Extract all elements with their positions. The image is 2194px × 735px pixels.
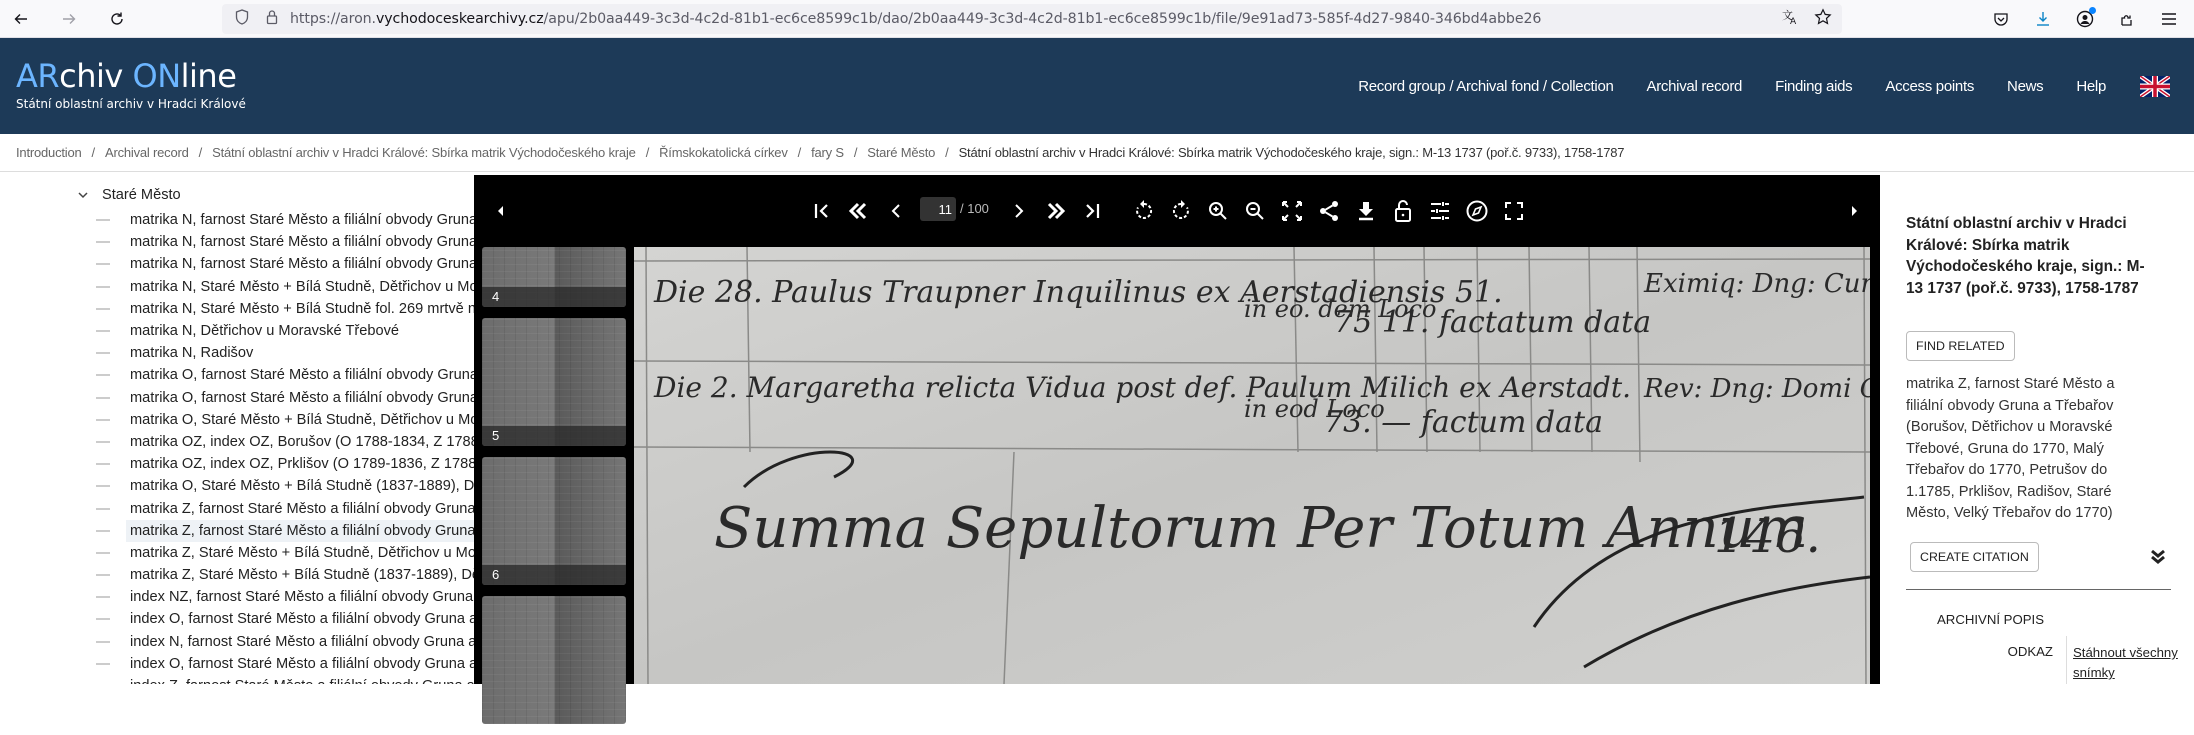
adjust-image-button[interactable] [1426, 197, 1454, 225]
svg-text:146.: 146. [1714, 508, 1821, 564]
find-related-button[interactable]: FIND RELATED [1906, 331, 2015, 361]
forward-button[interactable] [54, 4, 84, 34]
zoom-in-icon [1206, 199, 1230, 223]
breadcrumb-separator: / [945, 145, 948, 160]
address-bar[interactable]: https://aron.vychodoceskearchivy.cz/apu/… [222, 4, 1842, 34]
tree-item[interactable]: matrika OZ, index OZ, Prklišov (O 1789-1… [96, 453, 474, 475]
tree-item[interactable]: matrika Z, Staré Město + Bílá Studně (18… [96, 564, 474, 586]
record-detail-panel: Státní oblastní archiv v Hradci Králové:… [1880, 175, 2194, 684]
breadcrumb-fary-s[interactable]: fary S [811, 145, 844, 160]
site-logo[interactable]: ARchiv ONline Státní oblastní archiv v H… [16, 58, 246, 111]
chevron-right-icon [1007, 199, 1031, 223]
menu-icon[interactable] [2158, 8, 2180, 30]
tree-item-label: matrika Z, Staré Město + Bílá Studně (18… [126, 564, 474, 586]
tree-connector [96, 286, 110, 288]
tree-connector [96, 530, 110, 532]
tree-item-label: matrika OZ, index OZ, Borušov (O 1788-18… [126, 431, 474, 453]
download-icon [1354, 199, 1378, 223]
tree-connector [96, 663, 110, 665]
nav-help[interactable]: Help [2076, 78, 2106, 95]
tree-connector [96, 308, 110, 310]
tree-connector [96, 618, 110, 620]
odkaz-label: ODKAZ [1995, 644, 2053, 659]
next-page-button[interactable] [1005, 197, 1033, 225]
thumbnail-number: 5 [482, 426, 626, 446]
nav-archival-record[interactable]: Archival record [1647, 78, 1743, 95]
tree-connector [96, 263, 110, 265]
arrow-right-icon [61, 11, 77, 27]
tree-item-label: index Z, farnost Staré Město a filiální … [126, 675, 474, 684]
breadcrumb-separator: / [92, 145, 95, 160]
divider [1906, 589, 2171, 590]
download-all-link[interactable]: Stáhnout všechny snímky [2073, 643, 2183, 683]
thumbnail-number: 4 [482, 287, 626, 307]
tree-item[interactable]: matrika N, farnost Staré Město a filiáln… [96, 253, 474, 275]
logo-title: ARchiv ONline [16, 58, 246, 94]
tree-item[interactable]: matrika Z, Staré Město + Bílá Studně, Dě… [96, 542, 474, 564]
record-title: Státní oblastní archiv v Hradci Králové:… [1906, 213, 2146, 299]
logo-subtitle: Státní oblastní archiv v Hradci Králové [16, 97, 246, 111]
tree-item[interactable]: matrika O, Staré Město + Bílá Studně, Dě… [96, 409, 474, 431]
previous-page-button[interactable] [882, 197, 910, 225]
breadcrumb: Introduction / Archival record / Státní … [0, 134, 2194, 172]
tree-connector [96, 241, 110, 243]
main-content: Staré Město matrika N, farnost Staré Měs… [0, 175, 2194, 684]
svg-text:in eo. dem Loco: in eo. dem Loco [1244, 295, 1436, 323]
lock-icon[interactable] [262, 9, 282, 29]
tree-item[interactable]: index NZ, farnost Staré Město a filiální… [96, 586, 474, 608]
tree-item[interactable]: index O, farnost Staré Město a filiální … [96, 608, 474, 630]
tree-item-label: matrika O, Staré Město + Bílá Studně (18… [126, 475, 474, 497]
document-page-image[interactable]: Die 28. Paulus Traupner Inquilinus ex Ae… [634, 247, 1870, 684]
thumbnail[interactable]: 4 [482, 247, 626, 307]
tree-item-label: matrika Z, farnost Staré Město a filiáln… [126, 520, 474, 542]
svg-text:Eximiq: Dng: Curatu, Loci: Eximiq: Dng: Curatu, Loci [1643, 269, 1870, 299]
page-number-input[interactable] [920, 197, 956, 221]
url-text: https://aron.vychodoceskearchivy.cz/apu/… [290, 11, 1541, 27]
breadcrumb-archival-record[interactable]: Archival record [105, 145, 189, 160]
double-chevron-down-icon[interactable] [2148, 547, 2168, 567]
tree-item-label: matrika N, farnost Staré Město a filiáln… [126, 209, 474, 231]
tree-item-label: index O, farnost Staré Město a filiální … [126, 608, 474, 630]
tree-item[interactable]: index N, farnost Staré Město a filiální … [96, 631, 474, 653]
back-button[interactable] [6, 4, 36, 34]
tree-item-label: matrika O, farnost Staré Město a filiáln… [126, 364, 474, 386]
jump-forward-button[interactable] [1042, 197, 1070, 225]
chevron-left-icon [884, 199, 908, 223]
tree-item-label: matrika OZ, index OZ, Prklišov (O 1789-1… [126, 453, 474, 475]
thumbnail-strip[interactable]: 4 5 6 [482, 247, 628, 684]
tree-item-label: matrika N, Staré Město + Bílá Studně, Dě… [126, 276, 474, 298]
tree-item[interactable]: matrika O, farnost Staré Město a filiáln… [96, 364, 474, 386]
tree-item[interactable]: matrika N, Dětřichov u Moravské Třebové [96, 320, 474, 342]
double-chevron-left-icon [846, 199, 870, 223]
tree-connector [96, 508, 110, 510]
rotate-right-button[interactable] [1167, 197, 1195, 225]
unlock-icon [1391, 199, 1415, 223]
zoom-out-icon [1243, 199, 1267, 223]
tree-item[interactable]: matrika N, Staré Město + Bílá Studně fol… [96, 298, 474, 320]
account-icon[interactable] [2074, 8, 2096, 30]
thumbnail[interactable]: 6 [482, 457, 626, 585]
bookmark-star-icon[interactable] [1814, 8, 1832, 30]
download-button[interactable] [1352, 197, 1380, 225]
tree-item[interactable]: matrika N, Radišov [96, 342, 474, 364]
jump-back-button[interactable] [844, 197, 872, 225]
tree-item[interactable]: matrika Z, farnost Staré Město a filiáln… [96, 497, 474, 519]
breadcrumb-fond[interactable]: Státní oblastní archiv v Hradci Králové:… [212, 145, 636, 160]
tree-item-label: matrika N, Dětřichov u Moravské Třebové [126, 320, 474, 342]
tree-item[interactable]: matrika N, Staré Město + Bílá Studně, Dě… [96, 276, 474, 298]
image-viewer: / 100 [474, 175, 1880, 684]
double-chevron-right-icon [1044, 199, 1068, 223]
thumbnail[interactable]: 5 [482, 318, 626, 446]
caret-left-icon [489, 199, 513, 223]
zoom-out-button[interactable] [1241, 197, 1269, 225]
tree-item-label: matrika N, farnost Staré Město a filiáln… [126, 231, 474, 253]
rotate-left-icon [1132, 199, 1156, 223]
create-citation-button[interactable]: CREATE CITATION [1910, 542, 2039, 572]
toggle-left-panel-button[interactable] [487, 197, 515, 225]
record-description: matrika Z, farnost Staré Město a filiáln… [1906, 374, 2146, 525]
tree-connector [96, 374, 110, 376]
tree-item-label: matrika O, Staré Město + Bílá Studně, Dě… [126, 409, 474, 431]
tree-root-label: Staré Město [102, 187, 181, 203]
rotate-left-button[interactable] [1130, 197, 1158, 225]
page-total: / 100 [960, 201, 989, 216]
tree-connector [96, 596, 110, 598]
tree-item[interactable]: index Z, farnost Staré Město a filiální … [96, 675, 474, 684]
tree-connector [96, 219, 110, 221]
toggle-right-panel-button[interactable] [1840, 197, 1868, 225]
nav-access-points[interactable]: Access points [1885, 78, 1974, 95]
tree-item[interactable]: matrika N, farnost Staré Město a filiáln… [96, 231, 474, 253]
svg-text:A: A [1790, 17, 1797, 26]
downloads-icon[interactable] [2032, 8, 2054, 30]
tree-connector [96, 441, 110, 443]
arrow-left-icon [13, 11, 29, 27]
rotate-right-icon [1169, 199, 1193, 223]
breadcrumb-separator: / [854, 145, 857, 160]
first-page-button[interactable] [808, 197, 836, 225]
tree-item[interactable]: matrika O, farnost Staré Město a filiáln… [96, 387, 474, 409]
main-nav: Record group / Archival fond / Collectio… [1325, 38, 2170, 134]
breadcrumb-separator: / [199, 145, 202, 160]
translate-icon[interactable]: 文A [1782, 8, 1800, 30]
tree-connector [96, 397, 110, 399]
tree-item[interactable]: matrika N, farnost Staré Město a filiáln… [96, 209, 474, 231]
tree-connector [96, 641, 110, 643]
tree-item-label: matrika N, Radišov [126, 342, 474, 364]
share-icon [1317, 199, 1341, 223]
nav-news[interactable]: News [2007, 78, 2043, 95]
first-page-icon [810, 199, 834, 223]
last-page-icon [1080, 199, 1104, 223]
breadcrumb-separator: / [646, 145, 649, 160]
breadcrumb-introduction[interactable]: Introduction [16, 145, 82, 160]
tree-item[interactable]: index O, farnost Staré Město a filiální … [96, 653, 474, 675]
tree-item-label: matrika Z, farnost Staré Město a filiáln… [126, 498, 474, 520]
svg-text:Summa Sepultorum Per Totum Ann: Summa Sepultorum Per Totum Annum [714, 496, 1808, 561]
tree-connector [96, 330, 110, 332]
tree-connector [96, 352, 110, 354]
fullscreen-button[interactable] [1500, 197, 1528, 225]
breadcrumb-stare-mesto[interactable]: Staré Město [867, 145, 935, 160]
thumbnail-number: 6 [482, 565, 626, 585]
tree-item-label: index N, farnost Staré Město a filiální … [126, 631, 474, 653]
tree-connector [96, 552, 110, 554]
breadcrumb-separator: / [798, 145, 801, 160]
notification-dot [2089, 7, 2096, 14]
tree-item-label: matrika N, Staré Město + Bílá Studně fol… [126, 298, 474, 320]
tree-connector [96, 463, 110, 465]
tree-item-label: matrika N, farnost Staré Město a filiáln… [126, 253, 474, 275]
tree-connector [96, 485, 110, 487]
svg-text:Die 2. Margaretha relicta Vidu: Die 2. Margaretha relicta Vidua post def… [653, 371, 1631, 404]
tree-item[interactable]: matrika OZ, index OZ, Borušov (O 1788-18… [96, 431, 474, 453]
share-button[interactable] [1315, 197, 1343, 225]
chevron-down-icon[interactable] [78, 188, 94, 202]
svg-text:in eod Loco: in eod Loco [1244, 395, 1385, 423]
fit-screen-icon [1280, 199, 1304, 223]
svg-text:Rev: Dng: Domi Cooperator Loci: Rev: Dng: Domi Cooperator Loci [1643, 374, 1870, 404]
tree-item-selected[interactable]: matrika Z, farnost Staré Město a filiáln… [96, 520, 474, 542]
tree-item-label: index NZ, farnost Staré Město a filiální… [126, 586, 474, 608]
uk-flag-icon[interactable] [2140, 76, 2170, 97]
browser-toolbar: https://aron.vychodoceskearchivy.cz/apu/… [0, 0, 2194, 38]
pocket-icon[interactable] [1990, 8, 2012, 30]
tree-item-label: matrika Z, Staré Město + Bílá Studně, Dě… [126, 542, 474, 564]
divider-vertical [2066, 636, 2067, 684]
compass-icon [1465, 199, 1489, 223]
tree-item-label: index O, farnost Staré Město a filiální … [126, 653, 474, 675]
tree-children: matrika N, farnost Staré Město a filiáln… [96, 209, 474, 684]
tree-item[interactable]: matrika O, Staré Město + Bílá Studně (18… [96, 475, 474, 497]
tree-connector [96, 574, 110, 576]
tree-connector [96, 419, 110, 421]
tree-item-label: matrika O, farnost Staré Město a filiáln… [126, 387, 474, 409]
breadcrumb-current: Státní oblastní archiv v Hradci Králové:… [959, 145, 1625, 160]
reload-icon [109, 11, 125, 27]
thumbnail[interactable] [482, 596, 626, 684]
manuscript-scan: Die 28. Paulus Traupner Inquilinus ex Ae… [634, 247, 1870, 684]
viewer-toolbar: / 100 [474, 175, 1880, 245]
fit-to-screen-button[interactable] [1278, 197, 1306, 225]
fullscreen-icon [1502, 199, 1526, 223]
extensions-icon[interactable] [2116, 8, 2138, 30]
section-label-archivni-popis[interactable]: ARCHIVNÍ POPIS [1937, 612, 2044, 627]
reload-button[interactable] [102, 4, 132, 34]
adjust-icon [1428, 199, 1452, 223]
caret-right-icon [1842, 199, 1866, 223]
last-page-button[interactable] [1078, 197, 1106, 225]
record-tree[interactable]: Staré Město matrika N, farnost Staré Měs… [0, 175, 474, 684]
tree-root-stare-mesto[interactable]: Staré Město [78, 187, 181, 203]
site-header: ARchiv ONline Státní oblastní archiv v H… [0, 38, 2194, 134]
navigator-button[interactable] [1463, 197, 1491, 225]
nav-finding-aids[interactable]: Finding aids [1775, 78, 1852, 95]
unlock-button[interactable] [1389, 197, 1417, 225]
breadcrumb-church[interactable]: Římskokatolická církev [659, 145, 788, 160]
shield-icon[interactable] [232, 9, 252, 29]
nav-record-group[interactable]: Record group / Archival fond / Collectio… [1358, 78, 1613, 95]
zoom-in-button[interactable] [1204, 197, 1232, 225]
